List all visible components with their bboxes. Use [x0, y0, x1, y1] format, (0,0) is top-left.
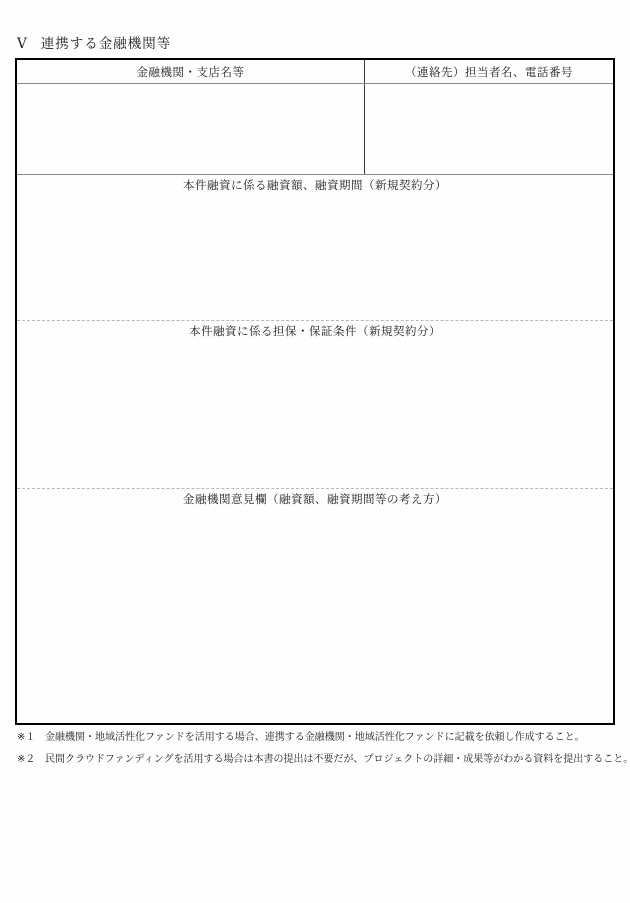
- document-page: Ⅴ連携する金融機関等 金融機関・支店名等 （連絡先）担当者名、電話番号 本件融資…: [0, 0, 630, 903]
- footnote-2: ※２ 民間クラウドファンディングを活用する場合は本書の提出は不要だが、プロジェク…: [17, 753, 617, 766]
- collateral-guarantee-section: 本件融資に係る担保・保証条件（新規契約分）: [17, 321, 613, 489]
- collateral-guarantee-label: 本件融資に係る担保・保証条件（新規契約分）: [17, 321, 613, 340]
- page-title: Ⅴ連携する金融機関等: [17, 35, 171, 52]
- institution-name-input-cell[interactable]: [17, 84, 365, 174]
- footnote-1-text: 金融機関・地域活性化ファンドを活用する場合、連携する金融機関・地域活性化ファンド…: [45, 731, 617, 744]
- header-cell-contact-info: （連絡先）担当者名、電話番号: [365, 60, 613, 83]
- header-cell-institution-name: 金融機関・支店名等: [17, 60, 365, 83]
- table-entry-row: [17, 84, 613, 175]
- loan-amount-period-label: 本件融資に係る融資額、融資期間（新規契約分）: [17, 175, 613, 194]
- institution-opinion-input-area[interactable]: [17, 508, 613, 723]
- footnote-2-text: 民間クラウドファンディングを活用する場合は本書の提出は不要だが、プロジェクトの詳…: [45, 753, 630, 766]
- institution-opinion-section: 金融機関意見欄（融資額、融資期間等の考え方）: [17, 489, 613, 723]
- loan-amount-period-section: 本件融資に係る融資額、融資期間（新規契約分）: [17, 175, 613, 321]
- financial-institution-form-table: 金融機関・支店名等 （連絡先）担当者名、電話番号 本件融資に係る融資額、融資期間…: [15, 58, 615, 725]
- section-number: Ⅴ: [17, 35, 28, 52]
- footnote-2-marker: ※２: [17, 753, 45, 766]
- loan-amount-period-input-area[interactable]: [17, 194, 613, 320]
- table-header-row: 金融機関・支店名等 （連絡先）担当者名、電話番号: [17, 60, 613, 84]
- page-title-text: 連携する金融機関等: [41, 36, 172, 51]
- footnote-1-marker: ※１: [17, 731, 45, 744]
- footnote-1: ※１ 金融機関・地域活性化ファンドを活用する場合、連携する金融機関・地域活性化フ…: [17, 731, 617, 744]
- institution-opinion-label: 金融機関意見欄（融資額、融資期間等の考え方）: [17, 489, 613, 508]
- footnotes: ※１ 金融機関・地域活性化ファンドを活用する場合、連携する金融機関・地域活性化フ…: [17, 731, 617, 775]
- collateral-guarantee-input-area[interactable]: [17, 340, 613, 488]
- contact-info-input-cell[interactable]: [365, 84, 613, 174]
